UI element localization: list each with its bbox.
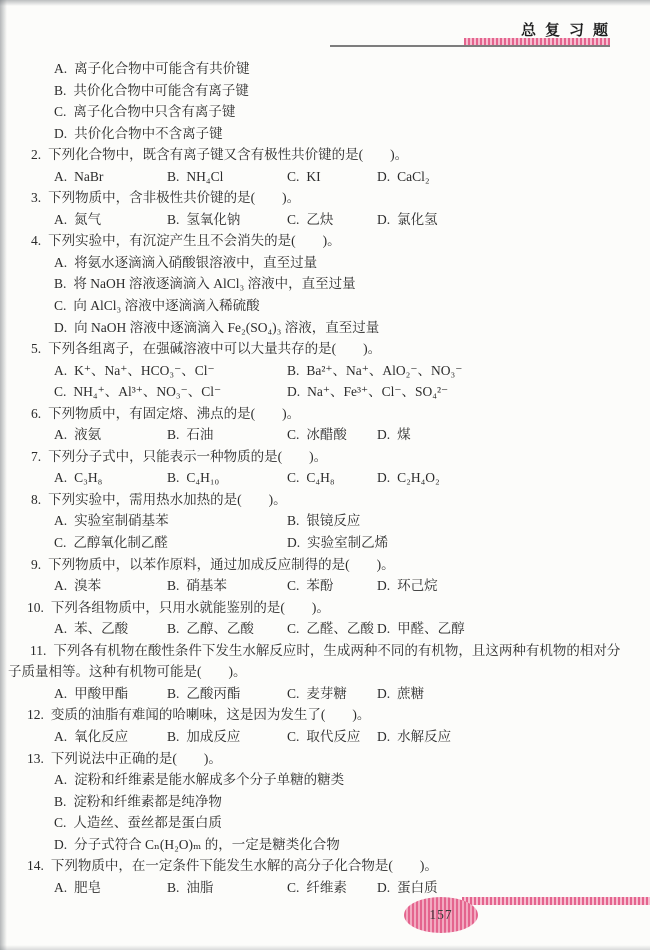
- option-B: B.油脂: [167, 877, 287, 899]
- question-13-option-D: D.分子式符合 Cₙ(H₂O)ₘ 的，一定是糖类化合物: [0, 834, 650, 856]
- footer-accent-stripe-band: [462, 897, 650, 905]
- question-number: 13.: [27, 751, 44, 766]
- option-text: 蛋白质: [397, 880, 438, 895]
- option-text: C₂H₄O₂: [397, 470, 440, 485]
- option-text: 石油: [186, 427, 213, 442]
- option-label: B.: [167, 427, 179, 442]
- question-number: 5.: [31, 341, 41, 356]
- option-text: 苯、乙酸: [74, 621, 128, 636]
- question-1-option-B: B.共价化合物中可能含有离子键: [0, 80, 650, 102]
- option-label: D.: [377, 169, 390, 184]
- option-D: D.氯化氢: [377, 209, 634, 231]
- option-text: 实验室制乙烯: [307, 535, 388, 550]
- option-D: D.煤: [377, 424, 634, 446]
- option-text: 麦芽糖: [306, 686, 347, 701]
- option-text: Ba²⁺、Na⁺、AlO₂⁻、NO₃⁻: [306, 363, 462, 378]
- question-5-options-row-1: A.K⁺、Na⁺、HCO₃⁻、Cl⁻ B.Ba²⁺、Na⁺、AlO₂⁻、NO₃⁻: [0, 360, 650, 382]
- option-text: 将氨水逐滴滴入硝酸银溶液中，直至过量: [74, 255, 317, 270]
- option-text: 向 AlCl₃ 溶液中逐滴滴入稀硫酸: [73, 298, 259, 313]
- question-13-option-A: A.淀粉和纤维素是能水解成多个分子单糖的糖类: [0, 769, 650, 791]
- option-label: B.: [54, 276, 66, 291]
- scan-edge-top: [0, 0, 650, 6]
- option-C: C.乙醇氧化制乙醛: [54, 532, 287, 554]
- option-label: A.: [54, 169, 67, 184]
- option-C: C.乙醛、乙酸: [287, 618, 377, 640]
- option-C: C.KI: [287, 166, 377, 188]
- option-label: A.: [54, 772, 67, 787]
- question-number: 12.: [27, 707, 44, 722]
- option-label: D.: [377, 621, 390, 636]
- option-text: 共价化合物中不含离子键: [74, 126, 223, 141]
- option-label: B.: [167, 880, 179, 895]
- option-text: 硝基苯: [186, 578, 227, 593]
- questions-content: A.离子化合物中可能含有共价键 B.共价化合物中可能含有离子键 C.离子化合物中…: [0, 58, 650, 898]
- option-A: A.液氨: [54, 424, 167, 446]
- option-C: C.乙炔: [287, 209, 377, 231]
- option-label: D.: [377, 729, 390, 744]
- option-text: NH₄⁺、Al³⁺、NO₃⁻、Cl⁻: [73, 384, 221, 399]
- question-5-options-row-2: C.NH₄⁺、Al³⁺、NO₃⁻、Cl⁻ D.Na⁺、Fe³⁺、Cl⁻、SO₄²…: [0, 381, 650, 403]
- option-label: A.: [54, 621, 67, 636]
- question-stem: 下列各有机物在酸性条件下发生水解反应时，生成两种不同的有机物，且这两种有机物的相…: [8, 643, 620, 680]
- option-label: D.: [54, 126, 67, 141]
- question-14-options: A.肥皂 B.油脂 C.纤维素 D.蛋白质: [0, 877, 650, 899]
- option-D: D.环己烷: [377, 575, 634, 597]
- question-1-option-D: D.共价化合物中不含离子键: [0, 123, 650, 145]
- option-C: C.麦芽糖: [287, 683, 377, 705]
- option-label: C.: [287, 212, 299, 227]
- question-2-options: A.NaBr B.NH₄Cl C.KI D.CaCl₂: [0, 166, 650, 188]
- question-number: 8.: [31, 492, 41, 507]
- option-C: C.C₄H₈: [287, 467, 377, 489]
- question-9: 9.下列物质中，以苯作原料，通过加成反应制得的是( )。: [0, 554, 650, 576]
- option-text: 乙炔: [306, 212, 333, 227]
- question-5: 5.下列各组离子，在强碱溶液中可以大量共存的是( )。: [0, 338, 650, 360]
- option-label: D.: [54, 837, 67, 852]
- question-stem: 下列各组离子，在强碱溶液中可以大量共存的是( )。: [48, 341, 381, 356]
- option-label: B.: [167, 729, 179, 744]
- option-text: 乙醇氧化制乙醛: [73, 535, 168, 550]
- option-label: B.: [167, 470, 179, 485]
- option-label: C.: [287, 621, 299, 636]
- option-text: 共价化合物中可能含有离子键: [73, 83, 249, 98]
- option-label: D.: [377, 427, 390, 442]
- question-1-option-C: C.离子化合物中只含有离子键: [0, 101, 650, 123]
- option-A: A.苯、乙酸: [54, 618, 167, 640]
- option-label: A.: [54, 255, 67, 270]
- question-4-option-A: A.将氨水逐滴滴入硝酸银溶液中，直至过量: [0, 252, 650, 274]
- option-A: A.K⁺、Na⁺、HCO₃⁻、Cl⁻: [54, 360, 287, 382]
- option-text: 分子式符合 Cₙ(H₂O)ₘ 的，一定是糖类化合物: [74, 837, 340, 852]
- question-14: 14.下列物质中，在一定条件下能发生水解的高分子化合物是( )。: [0, 855, 650, 877]
- option-text: 溴苯: [74, 578, 101, 593]
- option-label: A.: [54, 61, 67, 76]
- option-label: A.: [54, 427, 67, 442]
- question-10-options: A.苯、乙酸 B.乙醇、乙酸 C.乙醛、乙酸 D.甲醛、乙醇: [0, 618, 650, 640]
- option-B: B.加成反应: [167, 726, 287, 748]
- question-number: 9.: [31, 557, 41, 572]
- option-text: 取代反应: [306, 729, 360, 744]
- option-text: 离子化合物中可能含有共价键: [74, 61, 250, 76]
- question-stem: 下列物质中，以苯作原料，通过加成反应制得的是( )。: [48, 557, 395, 572]
- question-number: 2.: [31, 147, 41, 162]
- question-number: 10.: [27, 600, 44, 615]
- option-label: C.: [287, 880, 299, 895]
- option-A: A.肥皂: [54, 877, 167, 899]
- option-text: 甲醛、乙醇: [397, 621, 465, 636]
- option-text: Na⁺、Fe³⁺、Cl⁻、SO₄²⁻: [307, 384, 448, 399]
- option-B: B.银镜反应: [287, 510, 634, 532]
- question-number: 11.: [30, 643, 46, 658]
- question-3-options: A.氮气 B.氢氧化钠 C.乙炔 D.氯化氢: [0, 209, 650, 231]
- option-label: B.: [167, 686, 179, 701]
- question-number: 14.: [27, 858, 44, 873]
- question-stem: 下列化合物中，既含有离子键又含有极性共价键的是( )。: [48, 147, 408, 162]
- option-label: B.: [287, 363, 299, 378]
- option-text: 油脂: [186, 880, 213, 895]
- question-13-option-C: C.人造丝、蚕丝都是蛋白质: [0, 812, 650, 834]
- option-C: C.NH₄⁺、Al³⁺、NO₃⁻、Cl⁻: [54, 381, 287, 403]
- page-header-title: 总复习题: [521, 19, 617, 40]
- question-7: 7.下列分子式中，只能表示一种物质的是( )。: [0, 446, 650, 468]
- question-stem: 下列实验中，需用热水加热的是( )。: [48, 492, 287, 507]
- option-text: 加成反应: [186, 729, 240, 744]
- option-label: C.: [287, 578, 299, 593]
- option-label: B.: [54, 83, 66, 98]
- page-number-badge: 157: [404, 897, 478, 933]
- option-text: C₄H₁₀: [186, 470, 219, 485]
- option-text: 离子化合物中只含有离子键: [73, 104, 235, 119]
- option-D: D.蛋白质: [377, 877, 634, 899]
- question-11-options: A.甲酸甲酯 B.乙酸丙酯 C.麦芽糖 D.蔗糖: [0, 683, 650, 705]
- question-4: 4.下列实验中，有沉淀产生且不会消失的是( )。: [0, 230, 650, 252]
- question-stem: 下列物质中，有固定熔、沸点的是( )。: [48, 406, 300, 421]
- question-13-option-B: B.淀粉和纤维素都是纯净物: [0, 791, 650, 813]
- option-label: D.: [287, 384, 300, 399]
- option-A: A.NaBr: [54, 166, 167, 188]
- option-text: 甲酸甲酯: [74, 686, 128, 701]
- option-B: B.石油: [167, 424, 287, 446]
- option-D: D.Na⁺、Fe³⁺、Cl⁻、SO₄²⁻: [287, 381, 634, 403]
- option-label: A.: [54, 212, 67, 227]
- option-text: 实验室制硝基苯: [74, 513, 169, 528]
- question-1-option-A: A.离子化合物中可能含有共价键: [0, 58, 650, 80]
- question-number: 4.: [31, 233, 41, 248]
- option-A: A.溴苯: [54, 575, 167, 597]
- question-10: 10.下列各组物质中，只用水就能鉴别的是( )。: [0, 597, 650, 619]
- question-number: 7.: [31, 449, 41, 464]
- option-C: C.取代反应: [287, 726, 377, 748]
- question-6: 6.下列物质中，有固定熔、沸点的是( )。: [0, 403, 650, 425]
- question-stem: 下列实验中，有沉淀产生且不会消失的是( )。: [48, 233, 341, 248]
- option-label: B.: [287, 513, 299, 528]
- option-label: D.: [377, 578, 390, 593]
- option-text: C₃H₈: [74, 470, 102, 485]
- question-6-options: A.液氨 B.石油 C.冰醋酸 D.煤: [0, 424, 650, 446]
- option-text: 蔗糖: [397, 686, 424, 701]
- option-A: A.氮气: [54, 209, 167, 231]
- option-label: D.: [377, 686, 390, 701]
- option-label: A.: [54, 363, 67, 378]
- option-label: C.: [54, 815, 66, 830]
- option-text: 乙醛、乙酸: [306, 621, 374, 636]
- option-label: D.: [377, 880, 390, 895]
- option-B: B.氢氧化钠: [167, 209, 287, 231]
- option-text: 煤: [397, 427, 411, 442]
- option-A: A.甲酸甲酯: [54, 683, 167, 705]
- option-label: C.: [287, 169, 299, 184]
- option-D: D.蔗糖: [377, 683, 634, 705]
- header-accent-stripe-bar: [464, 38, 610, 45]
- question-11: 11.下列各有机物在酸性条件下发生水解反应时，生成两种不同的有机物，且这两种有机…: [0, 640, 650, 683]
- option-label: D.: [377, 470, 390, 485]
- option-text: 氢氧化钠: [186, 212, 240, 227]
- question-13: 13.下列说法中正确的是( )。: [0, 748, 650, 770]
- option-label: D.: [54, 320, 67, 335]
- option-text: 银镜反应: [306, 513, 360, 528]
- option-text: K⁺、Na⁺、HCO₃⁻、Cl⁻: [74, 363, 214, 378]
- question-8-options-row-2: C.乙醇氧化制乙醛 D.实验室制乙烯: [0, 532, 650, 554]
- option-label: A.: [54, 729, 67, 744]
- option-text: 人造丝、蚕丝都是蛋白质: [73, 815, 222, 830]
- option-B: B.乙醇、乙酸: [167, 618, 287, 640]
- option-B: B.乙酸丙酯: [167, 683, 287, 705]
- option-B: B.硝基苯: [167, 575, 287, 597]
- page-number: 157: [429, 907, 452, 923]
- option-B: B.C₄H₁₀: [167, 467, 287, 489]
- option-B: B.Ba²⁺、Na⁺、AlO₂⁻、NO₃⁻: [287, 360, 634, 382]
- question-stem: 下列物质中，在一定条件下能发生水解的高分子化合物是( )。: [51, 858, 438, 873]
- option-C: C.苯酚: [287, 575, 377, 597]
- option-text: 环己烷: [397, 578, 438, 593]
- option-A: A.实验室制硝基苯: [54, 510, 287, 532]
- option-label: B.: [167, 578, 179, 593]
- question-stem: 变质的油脂有难闻的哈喇味，这是因为发生了( )。: [51, 707, 371, 722]
- option-label: A.: [54, 470, 67, 485]
- option-D: D.C₂H₄O₂: [377, 467, 634, 489]
- option-label: C.: [287, 470, 299, 485]
- option-A: A.C₃H₈: [54, 467, 167, 489]
- option-text: 淀粉和纤维素都是纯净物: [73, 794, 222, 809]
- question-stem: 下列各组物质中，只用水就能鉴别的是( )。: [51, 600, 330, 615]
- option-text: 淀粉和纤维素是能水解成多个分子单糖的糖类: [74, 772, 344, 787]
- question-4-option-B: B.将 NaOH 溶液逐滴滴入 AlCl₃ 溶液中，直至过量: [0, 273, 650, 295]
- option-D: D.实验室制乙烯: [287, 532, 634, 554]
- option-text: 纤维素: [306, 880, 347, 895]
- option-text: 乙醇、乙酸: [186, 621, 254, 636]
- option-text: KI: [306, 169, 320, 184]
- option-label: D.: [377, 212, 390, 227]
- header-rule-line: [330, 45, 610, 47]
- option-label: C.: [54, 384, 66, 399]
- textbook-page: 总复习题 A.离子化合物中可能含有共价键 B.共价化合物中可能含有离子键 C.离…: [0, 0, 650, 950]
- question-number: 3.: [31, 190, 41, 205]
- scan-edge-bottom: [0, 945, 650, 950]
- question-4-option-C: C.向 AlCl₃ 溶液中逐滴滴入稀硫酸: [0, 295, 650, 317]
- option-label: B.: [167, 169, 179, 184]
- option-label: B.: [167, 212, 179, 227]
- option-label: C.: [54, 535, 66, 550]
- question-12-options: A.氧化反应 B.加成反应 C.取代反应 D.水解反应: [0, 726, 650, 748]
- option-text: 氮气: [74, 212, 101, 227]
- question-stem: 下列分子式中，只能表示一种物质的是( )。: [48, 449, 327, 464]
- option-C: C.纤维素: [287, 877, 377, 899]
- option-D: D.甲醛、乙醇: [377, 618, 634, 640]
- option-label: A.: [54, 578, 67, 593]
- option-label: C.: [287, 427, 299, 442]
- question-stem: 下列说法中正确的是( )。: [51, 751, 222, 766]
- option-text: 液氨: [74, 427, 101, 442]
- option-D: D.水解反应: [377, 726, 634, 748]
- option-text: NaBr: [74, 169, 103, 184]
- option-text: NH₄Cl: [186, 169, 223, 184]
- question-4-option-D: D.向 NaOH 溶液中逐滴滴入 Fe₂(SO₄)₃ 溶液，直至过量: [0, 317, 650, 339]
- option-text: 将 NaOH 溶液逐滴滴入 AlCl₃ 溶液中，直至过量: [73, 276, 355, 291]
- option-label: A.: [54, 686, 67, 701]
- option-text: 水解反应: [397, 729, 451, 744]
- question-7-options: A.C₃H₈ B.C₄H₁₀ C.C₄H₈ D.C₂H₄O₂: [0, 467, 650, 489]
- question-8: 8.下列实验中，需用热水加热的是( )。: [0, 489, 650, 511]
- question-12: 12.变质的油脂有难闻的哈喇味，这是因为发生了( )。: [0, 704, 650, 726]
- option-text: C₄H₈: [306, 470, 334, 485]
- option-text: 氧化反应: [74, 729, 128, 744]
- question-2: 2.下列化合物中，既含有离子键又含有极性共价键的是( )。: [0, 144, 650, 166]
- option-A: A.氧化反应: [54, 726, 167, 748]
- option-D: D.CaCl₂: [377, 166, 634, 188]
- option-label: B.: [167, 621, 179, 636]
- option-B: B.NH₄Cl: [167, 166, 287, 188]
- option-label: B.: [54, 794, 66, 809]
- option-text: 冰醋酸: [306, 427, 347, 442]
- question-3: 3.下列物质中，含非极性共价键的是( )。: [0, 187, 650, 209]
- option-text: 苯酚: [306, 578, 333, 593]
- question-9-options: A.溴苯 B.硝基苯 C.苯酚 D.环己烷: [0, 575, 650, 597]
- option-C: C.冰醋酸: [287, 424, 377, 446]
- question-stem: 下列物质中，含非极性共价键的是( )。: [48, 190, 300, 205]
- option-text: 肥皂: [74, 880, 101, 895]
- option-text: 向 NaOH 溶液中逐滴滴入 Fe₂(SO₄)₃ 溶液，直至过量: [74, 320, 379, 335]
- option-label: A.: [54, 880, 67, 895]
- option-label: A.: [54, 513, 67, 528]
- option-label: C.: [287, 729, 299, 744]
- option-label: C.: [54, 298, 66, 313]
- option-label: C.: [287, 686, 299, 701]
- question-number: 6.: [31, 406, 41, 421]
- option-text: 氯化氢: [397, 212, 438, 227]
- option-text: CaCl₂: [397, 169, 429, 184]
- option-label: C.: [54, 104, 66, 119]
- option-text: 乙酸丙酯: [186, 686, 240, 701]
- question-8-options-row-1: A.实验室制硝基苯 B.银镜反应: [0, 510, 650, 532]
- option-label: D.: [287, 535, 300, 550]
